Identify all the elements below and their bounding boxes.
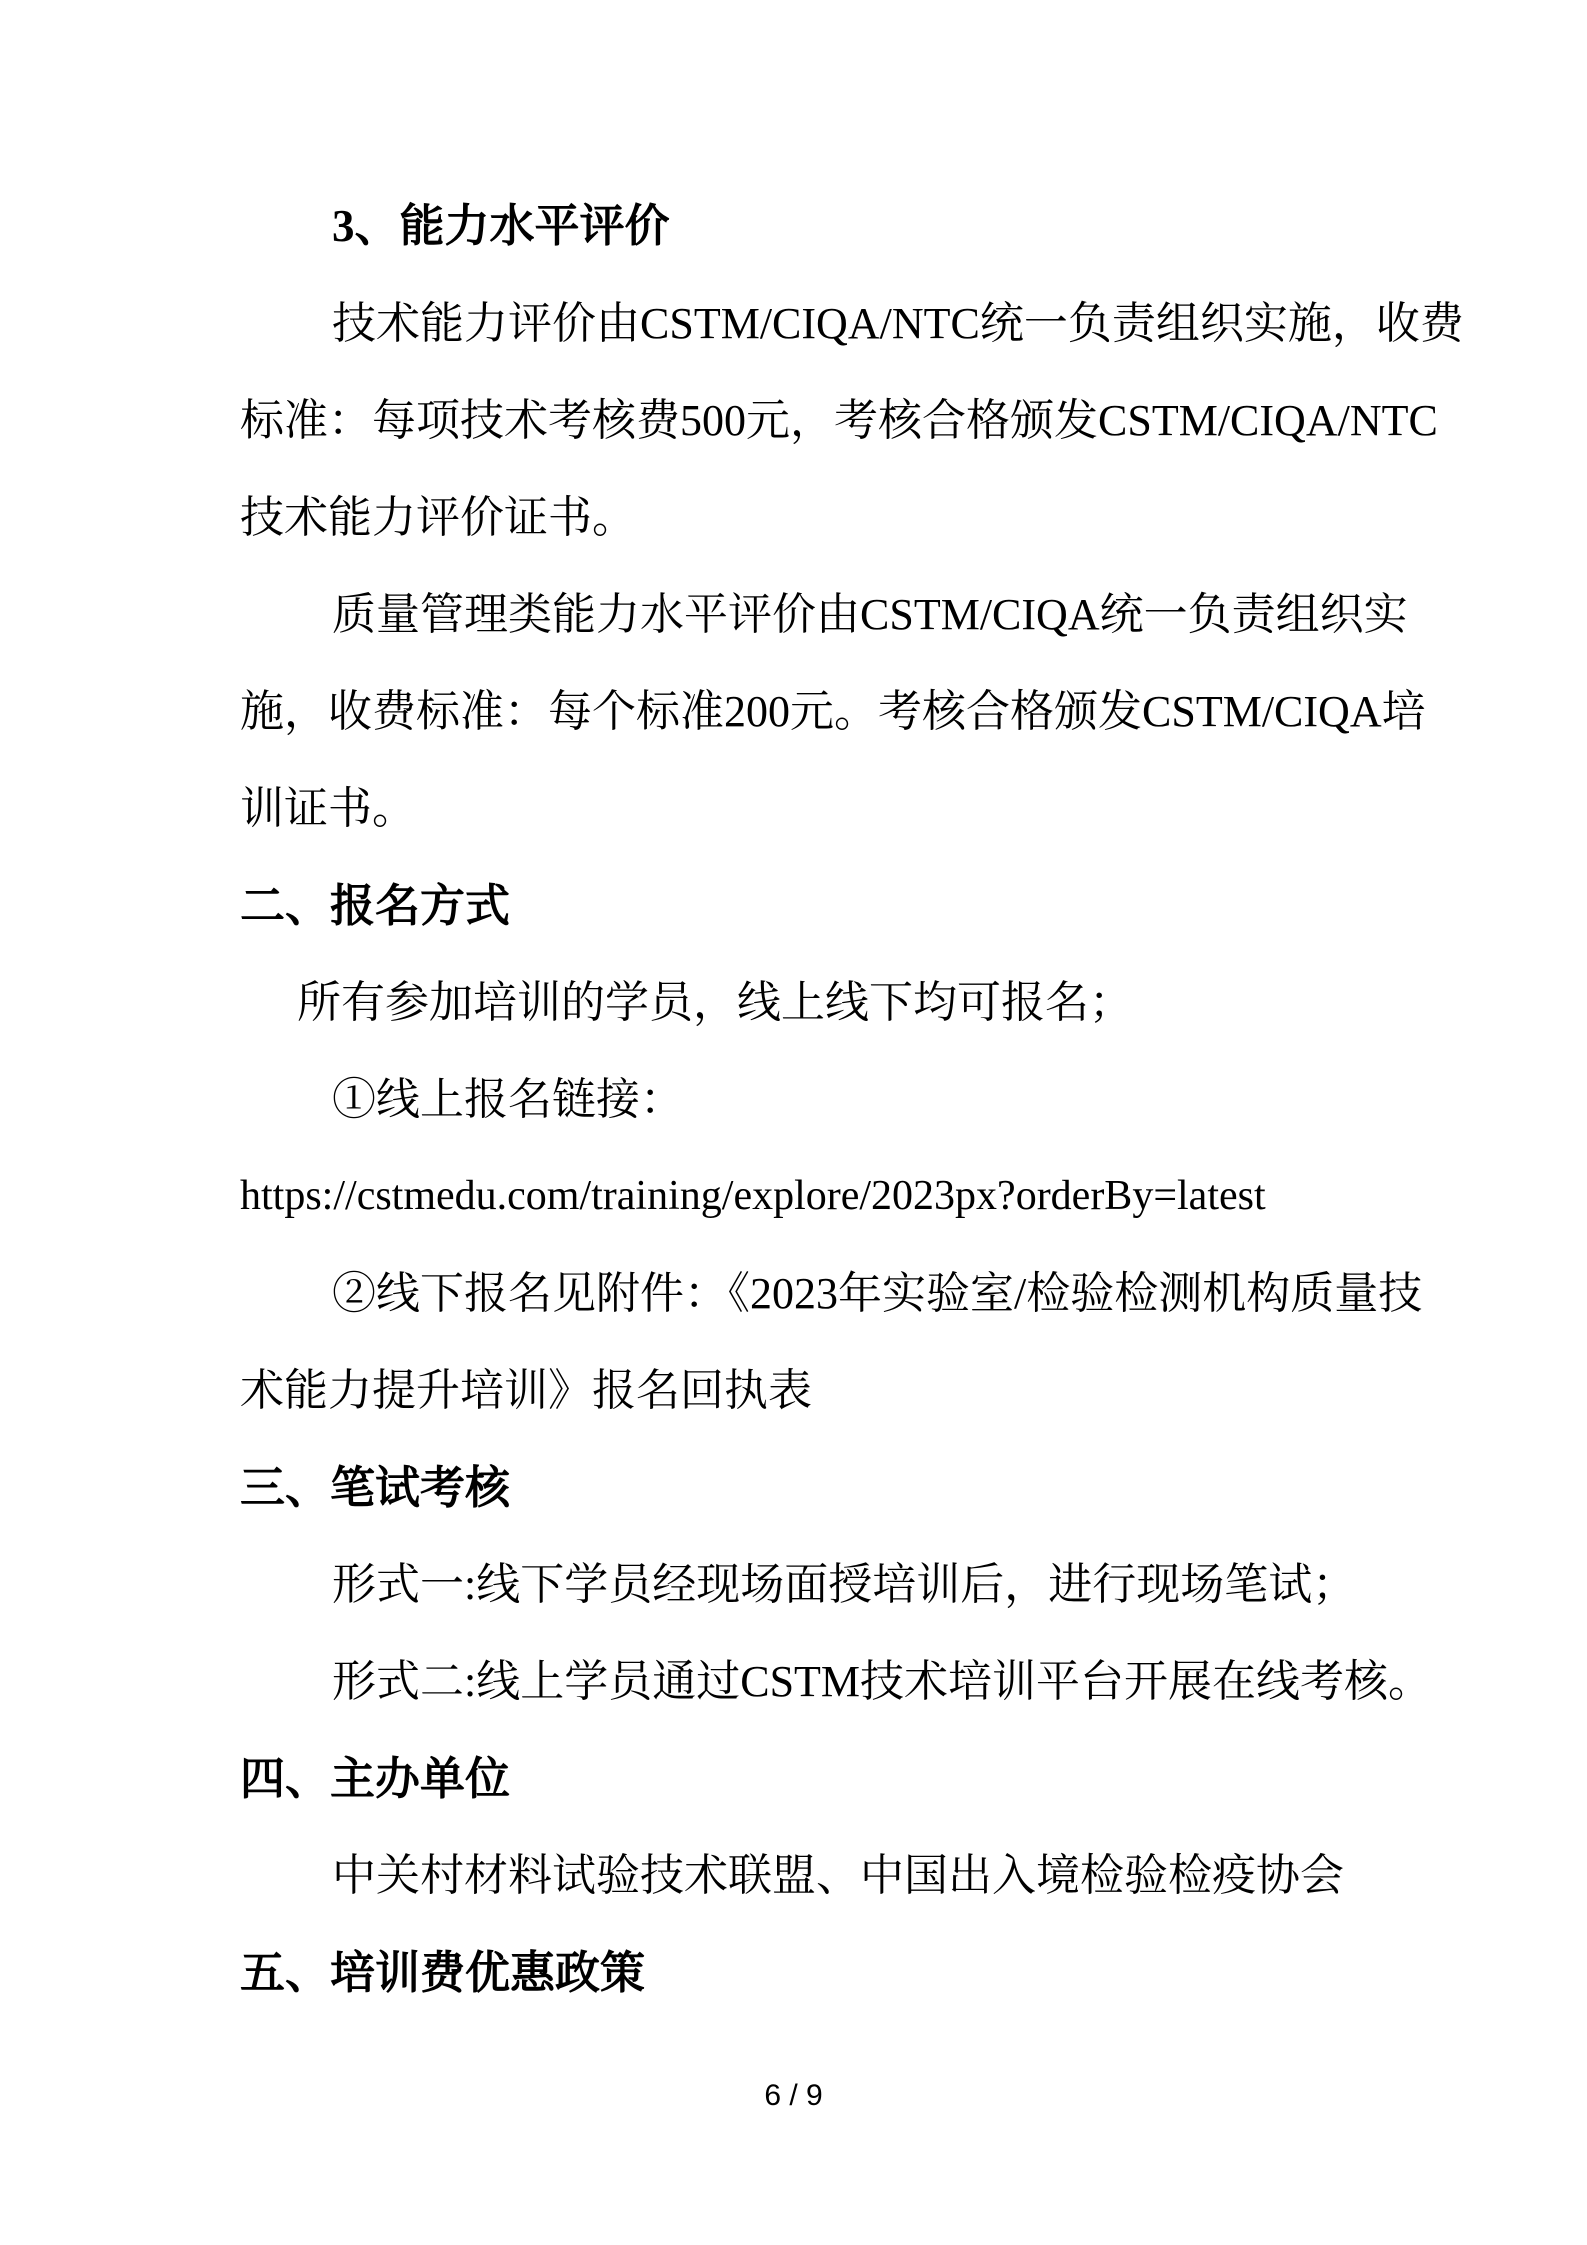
capability-paragraph2-line2: 施，收费标准：每个标准200元。考核合格颁发CSTM/CIQA培 bbox=[240, 663, 1352, 760]
capability-paragraph1-line2: 标准：每项技术考核费500元，考核合格颁发CSTM/CIQA/NTC bbox=[240, 372, 1352, 469]
capability-paragraph1-line1: 技术能力评价由CSTM/CIQA/NTC统一负责组织实施，收费 bbox=[240, 275, 1352, 372]
exam-form2-line: 形式二:线上学员通过CSTM技术培训平台开展在线考核。 bbox=[240, 1633, 1352, 1730]
registration-intro-line: 所有参加培训的学员，线上线下均可报名； bbox=[240, 954, 1352, 1051]
organizer-heading: 四、主办单位 bbox=[240, 1730, 1352, 1827]
capability-evaluation-heading: 3、能力水平评价 bbox=[240, 178, 1352, 275]
written-exam-heading: 三、笔试考核 bbox=[240, 1439, 1352, 1536]
organizer-body-line: 中关村材料试验技术联盟、中国出入境检验检疫协会 bbox=[240, 1827, 1352, 1924]
discount-policy-heading: 五、培训费优惠政策 bbox=[240, 1924, 1352, 2021]
offline-registration-line2: 术能力提升培训》报名回执表 bbox=[240, 1342, 1352, 1439]
capability-paragraph2-line3: 训证书。 bbox=[240, 760, 1352, 857]
online-registration-url[interactable]: https://cstmedu.com/training/explore/202… bbox=[240, 1148, 1352, 1245]
document-text-block: 3、能力水平评价 技术能力评价由CSTM/CIQA/NTC统一负责组织实施，收费… bbox=[240, 178, 1352, 2021]
offline-registration-line1: ②线下报名见附件：《2023年实验室/检验检测机构质量技 bbox=[240, 1245, 1352, 1342]
registration-method-heading: 二、报名方式 bbox=[240, 857, 1352, 954]
document-page: 3、能力水平评价 技术能力评价由CSTM/CIQA/NTC统一负责组织实施，收费… bbox=[0, 0, 1587, 2245]
capability-paragraph1-line3: 技术能力评价证书。 bbox=[240, 469, 1352, 566]
page-number: 6 / 9 bbox=[0, 2078, 1587, 2114]
exam-form1-line: 形式一:线下学员经现场面授培训后，进行现场笔试； bbox=[240, 1536, 1352, 1633]
online-registration-label: ①线上报名链接： bbox=[240, 1051, 1352, 1148]
capability-paragraph2-line1: 质量管理类能力水平评价由CSTM/CIQA统一负责组织实 bbox=[240, 566, 1352, 663]
